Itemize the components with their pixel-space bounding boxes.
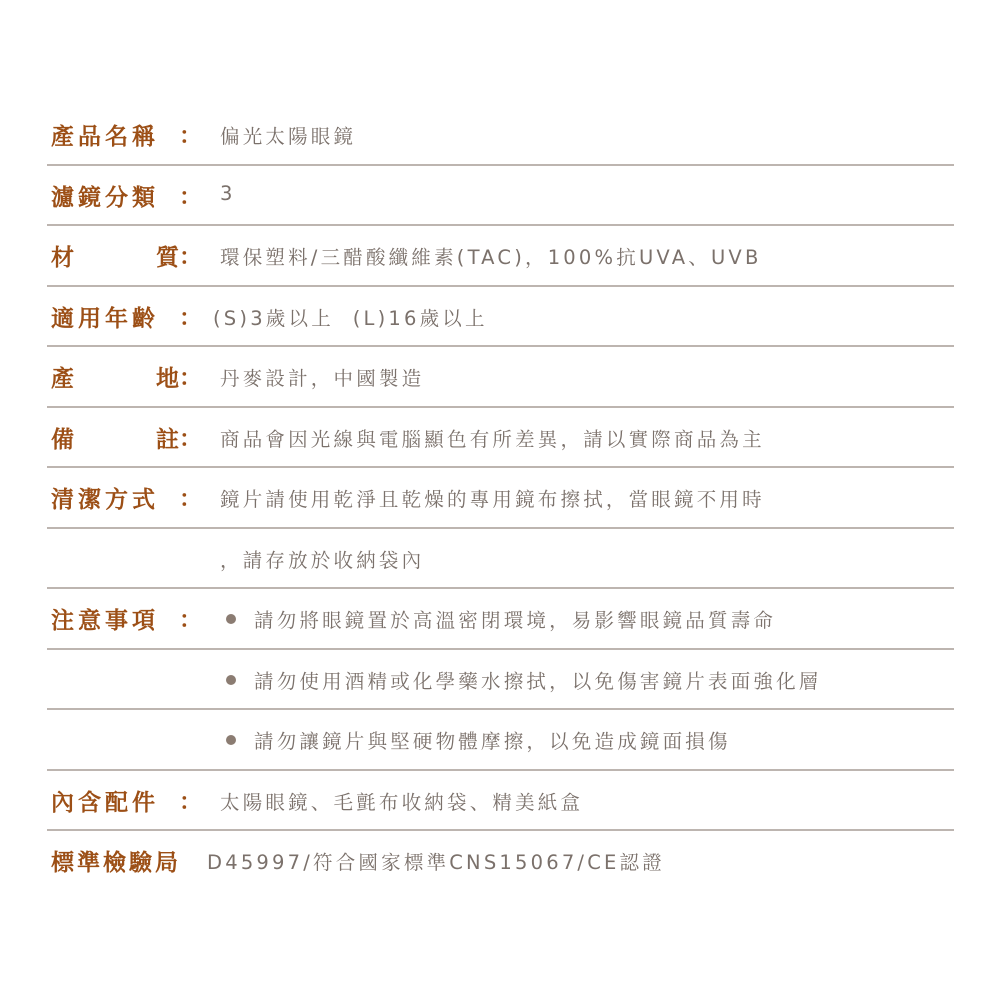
row-origin: 產 地 ： 丹麥設計，中國製造 bbox=[47, 347, 954, 408]
label-precautions: 注意事項 bbox=[51, 602, 181, 635]
product-spec-table: 產品名稱 ： 偏光太陽眼鏡 濾鏡分類 ： 3 材 質 ： 環保塑料/三醋酸纖維素… bbox=[47, 105, 954, 892]
row-accessories: 內含配件 ： 太陽眼鏡、毛氈布收納袋、精美紙盒 bbox=[47, 771, 954, 832]
value-age: (S)3歲以上 (L)16歲以上 bbox=[213, 303, 488, 331]
bullet-icon bbox=[226, 614, 236, 624]
bullet-icon bbox=[226, 675, 236, 685]
label-remarks-right: 註 bbox=[156, 421, 179, 454]
value-origin: 丹麥設計，中國製造 bbox=[220, 363, 424, 391]
label-origin-right: 地 bbox=[156, 360, 179, 393]
label-origin: 產 地 bbox=[51, 360, 179, 393]
label-product-name: 產品名稱 bbox=[51, 118, 181, 151]
row-inspection: 標準檢驗局 D45997/符合國家標準CNS15067/CE認證 bbox=[47, 831, 954, 892]
row-cleaning-continued: ，請存放於收納袋內 bbox=[47, 529, 954, 590]
row-material: 材 質 ： 環保塑料/三醋酸纖維素(TAC)，100%抗UVA、UVB bbox=[47, 226, 954, 287]
row-precaution-2: 請勿使用酒精或化學藥水擦拭，以免傷害鏡片表面強化層 bbox=[47, 650, 954, 711]
value-remarks: 商品會因光線與電腦顯色有所差異，請以實際商品為主 bbox=[220, 424, 765, 452]
label-remarks-left: 備 bbox=[51, 421, 74, 454]
label-colon: ： bbox=[179, 117, 202, 150]
value-product-name: 偏光太陽眼鏡 bbox=[220, 121, 356, 149]
row-product-name: 產品名稱 ： 偏光太陽眼鏡 bbox=[47, 105, 954, 166]
value-inspection: D45997/符合國家標準CNS15067/CE認證 bbox=[207, 847, 665, 875]
label-remarks: 備 註 bbox=[51, 421, 179, 454]
value-accessories: 太陽眼鏡、毛氈布收納袋、精美紙盒 bbox=[220, 787, 583, 815]
label-material-left: 材 bbox=[51, 239, 74, 272]
value-cleaning: 鏡片請使用乾淨且乾燥的專用鏡布擦拭，當眼鏡不用時 bbox=[220, 484, 765, 512]
label-colon: ： bbox=[179, 480, 202, 513]
label-material-right: 質 bbox=[156, 239, 179, 272]
label-colon: ： bbox=[179, 601, 202, 634]
value-filter-category: 3 bbox=[220, 182, 236, 205]
label-age: 適用年齡 bbox=[51, 300, 181, 333]
label-origin-left: 產 bbox=[51, 360, 74, 393]
value-material: 環保塑料/三醋酸纖維素(TAC)，100%抗UVA、UVB bbox=[220, 242, 762, 270]
row-filter-category: 濾鏡分類 ： 3 bbox=[47, 166, 954, 227]
value-precaution-3: 請勿讓鏡片與堅硬物體摩擦，以免造成鏡面損傷 bbox=[254, 726, 731, 754]
label-inspection: 標準檢驗局 bbox=[51, 844, 181, 877]
row-age: 適用年齡 ： (S)3歲以上 (L)16歲以上 bbox=[47, 287, 954, 348]
label-colon: ： bbox=[179, 783, 202, 816]
label-cleaning: 清潔方式 bbox=[51, 481, 181, 514]
label-colon: ： bbox=[179, 420, 202, 453]
value-precaution-2: 請勿使用酒精或化學藥水擦拭，以免傷害鏡片表面強化層 bbox=[254, 666, 822, 694]
label-material: 材 質 bbox=[51, 239, 179, 272]
label-colon: ： bbox=[179, 178, 202, 211]
row-cleaning: 清潔方式 ： 鏡片請使用乾淨且乾燥的專用鏡布擦拭，當眼鏡不用時 bbox=[47, 468, 954, 529]
value-cleaning-continued: ，請存放於收納袋內 bbox=[220, 545, 424, 573]
label-colon: ： bbox=[179, 238, 202, 271]
label-filter-category: 濾鏡分類 bbox=[51, 179, 181, 212]
label-colon: ： bbox=[179, 299, 202, 332]
bullet-icon bbox=[226, 735, 236, 745]
label-accessories: 內含配件 bbox=[51, 784, 181, 817]
label-colon: ： bbox=[179, 359, 202, 392]
row-remarks: 備 註 ： 商品會因光線與電腦顯色有所差異，請以實際商品為主 bbox=[47, 408, 954, 469]
row-precautions: 注意事項 ： 請勿將眼鏡置於高溫密閉環境，易影響眼鏡品質壽命 bbox=[47, 589, 954, 650]
row-precaution-3: 請勿讓鏡片與堅硬物體摩擦，以免造成鏡面損傷 bbox=[47, 710, 954, 771]
value-precaution-1: 請勿將眼鏡置於高溫密閉環境，易影響眼鏡品質壽命 bbox=[254, 605, 776, 633]
